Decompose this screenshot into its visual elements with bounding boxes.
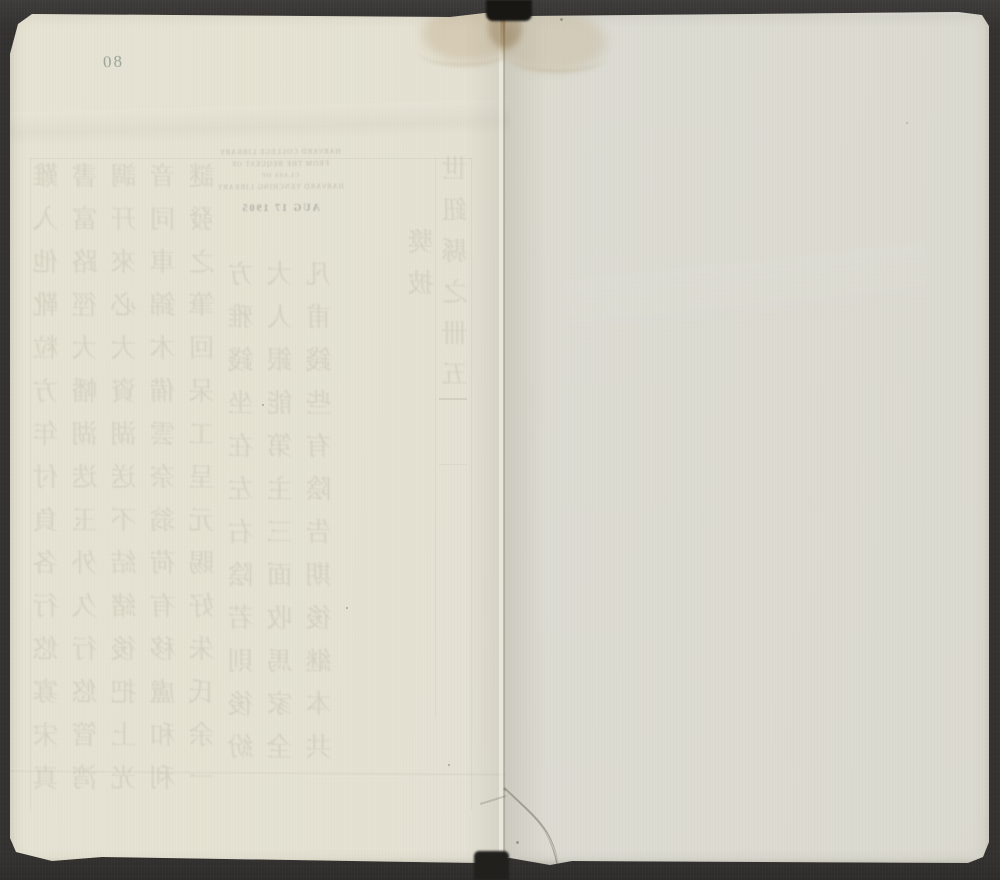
paper-speck [346,607,348,609]
top-stain-right-lobe [502,12,606,72]
stamp-date-line: AUG 17 1905 [241,203,320,215]
bleedthrough-column: 方雅錢坐在左右陰若則後紛 [230,260,256,776]
bleedthrough-column: 世鈕縣之卌五 [444,155,470,401]
bleedthrough-column: 調幵來必大資湖送不結緒後把上光 [113,162,139,807]
paper-speck [262,404,264,406]
bleedthrough-column: 難入他靴粒方年付負各行悠寡宋真 [35,162,61,807]
stamp-line: HARVARD YENCHING LIBRARY [216,182,343,191]
stamp-line: FROM THE BEQUEST OF [231,160,329,169]
top-stain-rim-right [510,44,606,72]
bleedthrough-column: 謎發之筆回呆工呈元賜好朱氏余一 [191,162,217,807]
page-number-stamp: 08 [103,52,125,73]
paper-speck [516,841,519,844]
paper-speck [906,122,908,124]
bleedthrough-column: 獎披 [410,228,436,310]
fold-shadow-right [504,12,546,865]
top-stain-rim-left [418,38,508,66]
bleedthrough-column: 音同車錦木備雲奈翁荷有移盧和利 [152,162,178,807]
bleedthrough-column: 大人銀能第主三面收馬家全 [269,260,295,776]
bleed-rule-left [30,158,31,810]
upper-crease [10,100,511,146]
spine-notch-bottom [474,851,509,880]
bleed-dash-2 [439,464,467,465]
paper-speck [560,18,563,21]
center-fold-line [503,14,505,857]
bleedthrough-column: 凡甫錢些有陰告期後継本共 [308,260,334,776]
paper-speck [448,764,450,766]
bleedthrough-column: 書富路徑大幡湖迭玉外久行悠管湾 [74,162,100,807]
bleedthrough-library-stamp: HARVARD COLLEGE LIBRARY FROM THE BEQUEST… [196,147,365,214]
right-page-cool-tone [504,12,989,865]
book-scan-matte: 世鈕縣之卌五 獎披 難入他靴粒方年付負各行悠寡宋真 書富路徑大幡湖迭玉外久行悠管… [0,0,1000,880]
stamp-line: CLASS OF [261,172,299,179]
spine-notch-top [486,0,532,21]
fold-highlight [499,14,503,859]
book-pages-paper: 世鈕縣之卌五 獎披 難入他靴粒方年付負各行悠寡宋真 書富路徑大幡湖迭玉外久行悠管… [10,12,989,865]
right-page-sheen [566,243,933,370]
stamp-line: HARVARD COLLEGE LIBRARY [219,147,341,156]
